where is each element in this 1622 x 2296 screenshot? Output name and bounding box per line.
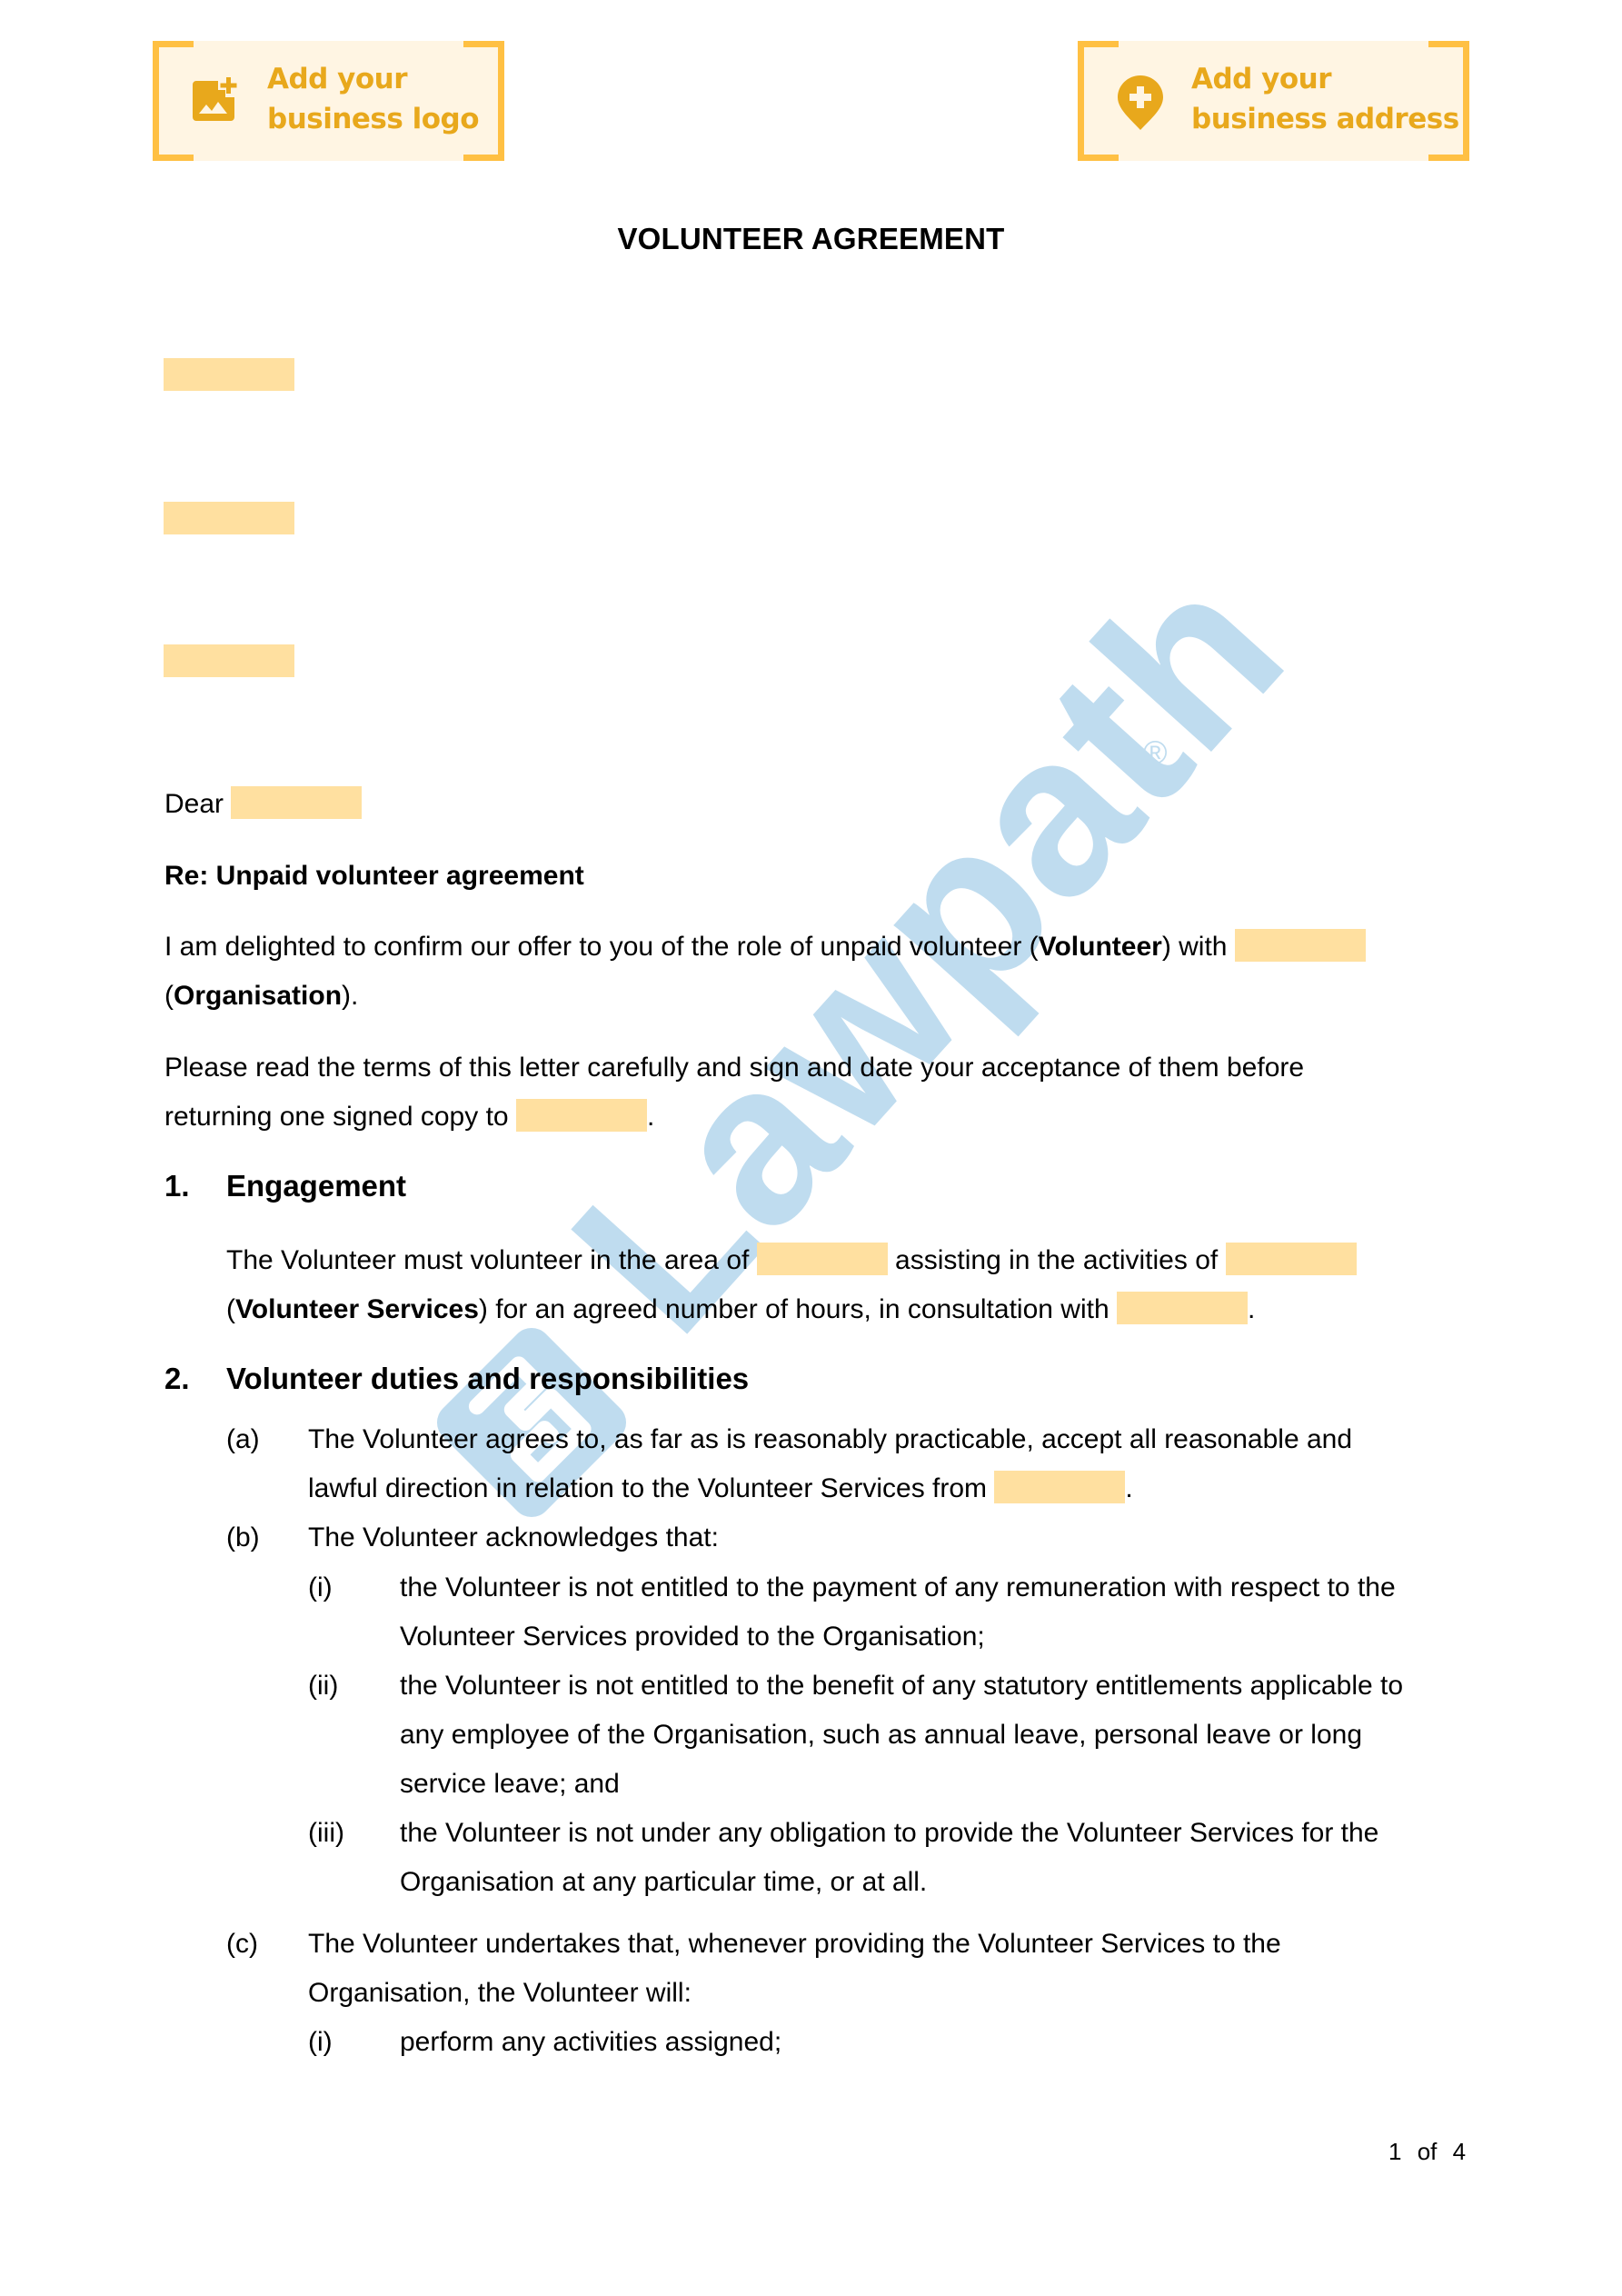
item-b-label: (b) — [226, 1513, 260, 1562]
direction-from-field[interactable] — [994, 1471, 1125, 1503]
registered-mark: ® — [1143, 734, 1168, 771]
item-b-text: The Volunteer acknowledges that: — [308, 1513, 719, 1562]
page-number: 1 of 4 — [1388, 2138, 1466, 2166]
salutation: Dear — [164, 780, 362, 829]
item-c-text: The Volunteer undertakes that, whenever … — [308, 1920, 1281, 1969]
document-page: Add your business logo Add your business… — [0, 0, 1622, 2296]
intro-paragraph-line: (Organisation). — [164, 972, 358, 1021]
section-2-number: 2. — [164, 1354, 190, 1403]
organisation-name-field[interactable] — [1235, 929, 1366, 962]
add-image-icon — [191, 77, 238, 125]
salutation-name-field[interactable] — [231, 786, 362, 819]
item-a-label: (a) — [226, 1415, 260, 1464]
recipient-location-field[interactable] — [164, 644, 294, 677]
section-1-heading: Engagement — [226, 1162, 406, 1211]
add-business-address-button[interactable]: Add your business address — [1078, 41, 1469, 161]
add-address-label: Add your business address — [1191, 59, 1459, 139]
bracket-left — [153, 41, 194, 161]
subitem-b-ii-text: service leave; and — [400, 1760, 620, 1809]
item-c-text: Organisation, the Volunteer will: — [308, 1969, 692, 2018]
consultation-with-field[interactable] — [1117, 1292, 1248, 1324]
subitem-b-iii-text: Organisation at any particular time, or … — [400, 1858, 927, 1907]
subitem-b-i-text: the Volunteer is not entitled to the pay… — [400, 1563, 1396, 1612]
subitem-b-i-text: Volunteer Services provided to the Organ… — [400, 1612, 985, 1662]
section-1-text: (Volunteer Services) for an agreed numbe… — [226, 1285, 1255, 1334]
item-a-text: lawful direction in relation to the Volu… — [308, 1464, 1133, 1513]
subitem-b-ii-text: the Volunteer is not entitled to the ben… — [400, 1662, 1403, 1711]
subitem-b-iii-label: (iii) — [308, 1809, 344, 1858]
item-c-label: (c) — [226, 1920, 258, 1969]
item-a-text: The Volunteer agrees to, as far as is re… — [308, 1415, 1352, 1464]
section-1-number: 1. — [164, 1162, 190, 1211]
recipient-address-field[interactable] — [164, 502, 294, 534]
section-2-heading: Volunteer duties and responsibilities — [226, 1354, 749, 1403]
subject-line: Re: Unpaid volunteer agreement — [164, 852, 584, 901]
add-business-logo-button[interactable]: Add your business logo — [153, 41, 504, 161]
section-1-text: The Volunteer must volunteer in the area… — [226, 1236, 1357, 1285]
add-logo-label: Add your business logo — [267, 59, 479, 139]
instructions-paragraph-line: Please read the terms of this letter car… — [164, 1043, 1304, 1093]
instructions-paragraph-line: returning one signed copy to . — [164, 1093, 654, 1142]
subitem-c-i-text: perform any activities assigned; — [400, 2018, 781, 2067]
intro-paragraph-line: I am delighted to confirm our offer to y… — [164, 923, 1366, 972]
subitem-b-ii-label: (ii) — [308, 1662, 338, 1711]
recipient-name-field[interactable] — [164, 358, 294, 391]
volunteer-area-field[interactable] — [757, 1243, 888, 1275]
subitem-c-i-label: (i) — [308, 2018, 333, 2067]
document-title: VOLUNTEER AGREEMENT — [0, 222, 1622, 256]
add-location-pin-icon — [1116, 74, 1165, 132]
subitem-b-iii-text: the Volunteer is not under any obligatio… — [400, 1809, 1378, 1858]
return-to-field[interactable] — [516, 1099, 647, 1132]
activities-field[interactable] — [1226, 1243, 1357, 1275]
bracket-left — [1078, 41, 1119, 161]
subitem-b-ii-text: any employee of the Organisation, such a… — [400, 1711, 1362, 1760]
subitem-b-i-label: (i) — [308, 1563, 333, 1612]
